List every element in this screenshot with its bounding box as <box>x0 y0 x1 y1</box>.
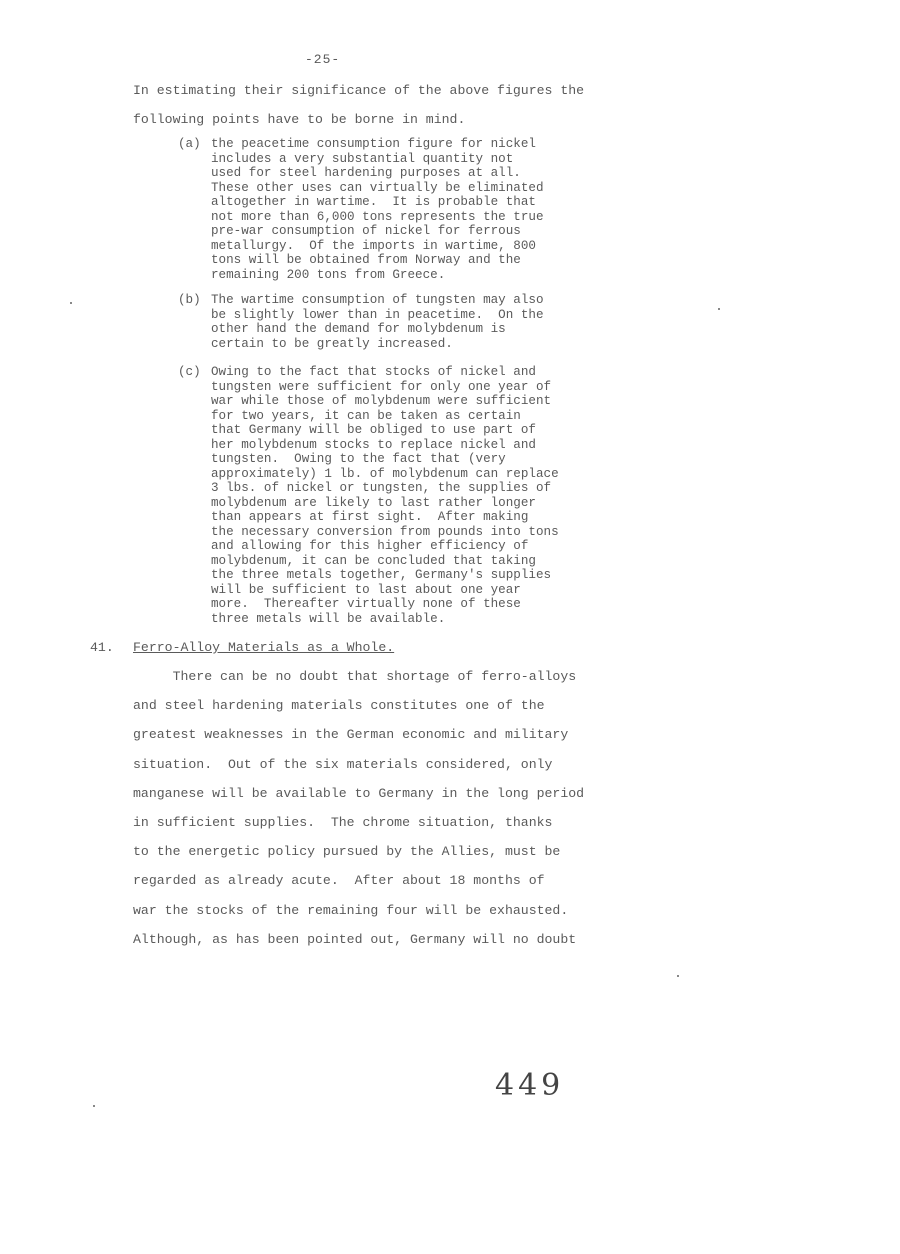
item-line: Owing to the fact that stocks of nickel … <box>211 365 536 379</box>
section-heading: 41.Ferro-Alloy Materials as a Whole. <box>90 640 394 655</box>
item-line: metallurgy. Of the imports in wartime, 8… <box>211 239 536 253</box>
item-marker: (c) <box>178 365 201 380</box>
section-title: Ferro-Alloy Materials as a Whole. <box>133 640 394 655</box>
scan-speck <box>70 302 72 304</box>
item-line: her molybdenum stocks to replace nickel … <box>211 438 536 452</box>
body-paragraph: There can be no doubt that shortage of f… <box>133 662 653 954</box>
page-number: -25- <box>305 52 340 67</box>
item-line: used for steel hardening purposes at all… <box>211 166 521 180</box>
item-marker: (a) <box>178 137 201 152</box>
item-line: the peacetime consumption figure for nic… <box>211 137 536 151</box>
paragraph-line: war the stocks of the remaining four wil… <box>133 903 568 918</box>
item-line: approximately) 1 lb. of molybdenum can r… <box>211 467 559 481</box>
paragraph-line: regarded as already acute. After about 1… <box>133 873 545 888</box>
item-line: certain to be greatly increased. <box>211 337 453 351</box>
scan-speck <box>718 308 720 310</box>
paragraph-line: Although, as has been pointed out, Germa… <box>133 932 576 947</box>
section-number: 41. <box>90 640 133 655</box>
item-line: altogether in wartime. It is probable th… <box>211 195 536 209</box>
item-line: 3 lbs. of nickel or tungsten, the suppli… <box>211 481 551 495</box>
item-line: will be sufficient to last about one yea… <box>211 583 521 597</box>
item-line: more. Thereafter virtually none of these <box>211 597 521 611</box>
scan-speck <box>93 1105 95 1107</box>
paragraph-line: in sufficient supplies. The chrome situa… <box>133 815 552 830</box>
item-line: the three metals together, Germany's sup… <box>211 568 551 582</box>
list-item-b: (b) The wartime consumption of tungsten … <box>178 293 618 351</box>
paragraph-line: greatest weaknesses in the German econom… <box>133 727 568 742</box>
item-line: for two years, it can be taken as certai… <box>211 409 521 423</box>
item-body: the peacetime consumption figure for nic… <box>211 137 618 282</box>
item-line: molybdenum, it can be concluded that tak… <box>211 554 536 568</box>
item-line: remaining 200 tons from Greece. <box>211 268 445 282</box>
paragraph-line: There can be no doubt that shortage of f… <box>133 669 576 684</box>
intro-line: following points have to be borne in min… <box>133 112 465 127</box>
item-line: war while those of molybdenum were suffi… <box>211 394 551 408</box>
list-item-c: (c) Owing to the fact that stocks of nic… <box>178 365 618 626</box>
item-line: includes a very substantial quantity not <box>211 152 513 166</box>
item-line: the necessary conversion from pounds int… <box>211 525 559 539</box>
paragraph-line: manganese will be available to Germany i… <box>133 786 584 801</box>
item-body: Owing to the fact that stocks of nickel … <box>211 365 618 626</box>
item-line: not more than 6,000 tons represents the … <box>211 210 544 224</box>
item-line: tons will be obtained from Norway and th… <box>211 253 521 267</box>
item-line: pre-war consumption of nickel for ferrou… <box>211 224 521 238</box>
item-line: be slightly lower than in peacetime. On … <box>211 308 544 322</box>
item-line: that Germany will be obliged to use part… <box>211 423 536 437</box>
intro-line: In estimating their significance of the … <box>133 83 584 98</box>
item-line: tungsten were sufficient for only one ye… <box>211 380 551 394</box>
intro-paragraph: In estimating their significance of the … <box>133 76 653 134</box>
item-line: These other uses can virtually be elimin… <box>211 181 544 195</box>
handwritten-page-note: 449 <box>495 1068 564 1103</box>
paragraph-line: and steel hardening materials constitute… <box>133 698 545 713</box>
item-marker: (b) <box>178 293 201 308</box>
item-line: and allowing for this higher efficiency … <box>211 539 528 553</box>
paragraph-line: situation. Out of the six materials cons… <box>133 757 552 772</box>
scan-speck <box>677 975 679 977</box>
item-line: than appears at first sight. After makin… <box>211 510 528 524</box>
item-line: molybdenum are likely to last rather lon… <box>211 496 536 510</box>
item-line: other hand the demand for molybdenum is <box>211 322 506 336</box>
list-item-a: (a) the peacetime consumption figure for… <box>178 137 618 282</box>
item-line: tungsten. Owing to the fact that (very <box>211 452 506 466</box>
item-line: three metals will be available. <box>211 612 445 626</box>
paragraph-line: to the energetic policy pursued by the A… <box>133 844 560 859</box>
item-body: The wartime consumption of tungsten may … <box>211 293 618 351</box>
item-line: The wartime consumption of tungsten may … <box>211 293 544 307</box>
